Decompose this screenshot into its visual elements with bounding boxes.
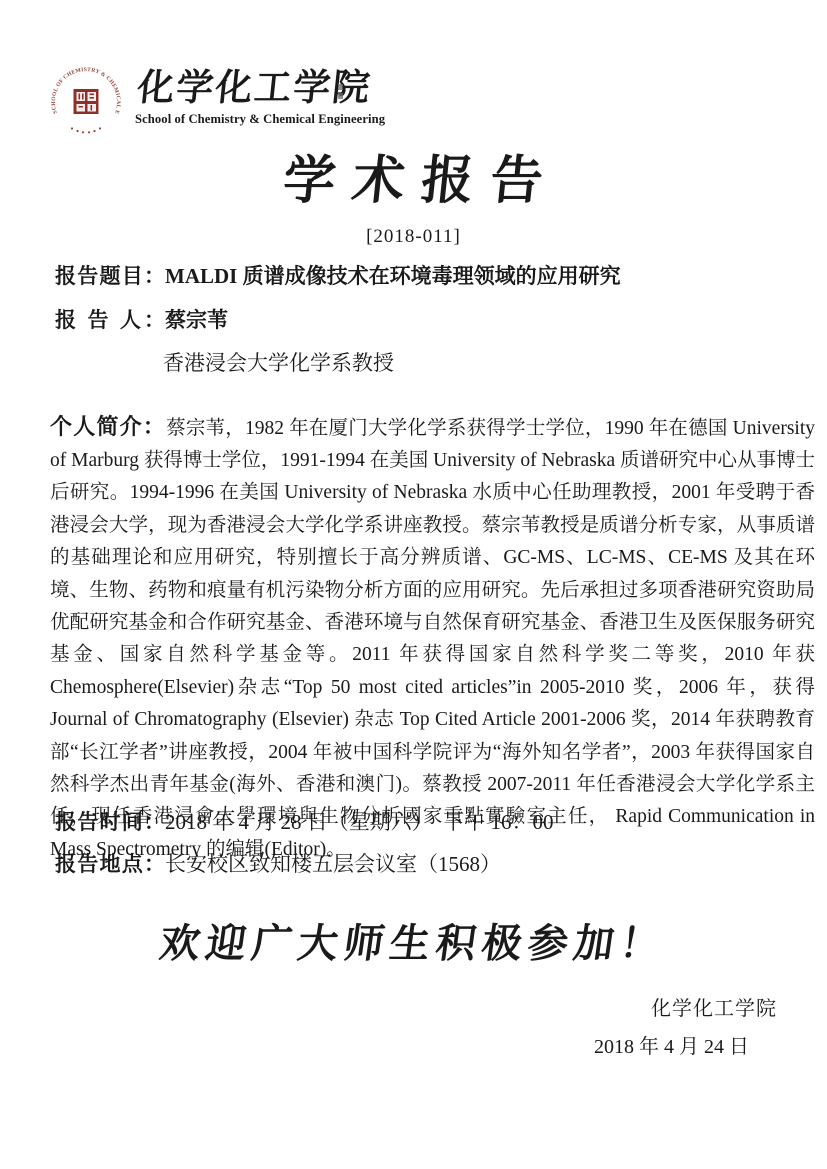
- time-line: 报告时间：2018 年 4 月 28 日（星期六） 下午 16：00: [55, 806, 554, 836]
- speaker-label: 报 告 人：: [55, 304, 165, 334]
- school-seal-icon: SCHOOL OF CHEMISTRY & CHEMICAL ENGINEERI…: [46, 62, 126, 146]
- venue-line: 报告地点：长安校区致知楼五层会议室（1568）: [55, 848, 501, 878]
- bio-text: 蔡宗苇，1982 年在厦门大学化学系获得学士学位，1990 年在德国 Unive…: [50, 418, 815, 860]
- welcome-message: 欢迎广大师生积极参加！: [0, 912, 827, 969]
- time-label: 报告时间：: [55, 806, 165, 836]
- signature-date: 2018 年 4 月 24 日: [594, 1030, 749, 1059]
- speaker-name: 蔡宗苇: [165, 308, 228, 332]
- time-value: 2018 年 4 月 28 日（星期六） 下午 16：00: [165, 810, 554, 834]
- venue-value: 长安校区致知楼五层会议室（1568）: [165, 852, 501, 876]
- school-name-cn: 化学化工学院: [135, 68, 390, 111]
- report-title-line: 报告题目：MALDI 质谱成像技术在环境毒理领域的应用研究: [55, 260, 621, 290]
- seal-bottom-marks: [71, 127, 101, 133]
- school-logo: SCHOOL OF CHEMISTRY & CHEMICAL ENGINEERI…: [46, 62, 385, 146]
- report-title-value: MALDI 质谱成像技术在环境毒理领域的应用研究: [165, 264, 621, 288]
- speaker-bio-paragraph: 个人简介：蔡宗苇，1982 年在厦门大学化学系获得学士学位，1990 年在德国 …: [50, 411, 815, 867]
- announcement-page: SCHOOL OF CHEMISTRY & CHEMICAL ENGINEERI…: [0, 0, 827, 1169]
- school-name-block: 化学化工学院 School of Chemistry & Chemical En…: [135, 62, 385, 127]
- page-title: 学术报告: [0, 138, 827, 213]
- school-name-en: School of Chemistry & Chemical Engineeri…: [135, 112, 385, 127]
- venue-label: 报告地点：: [55, 848, 165, 878]
- speaker-line: 报 告 人：蔡宗苇: [55, 304, 228, 334]
- signature-school: 化学化工学院: [651, 992, 777, 1021]
- report-title-label: 报告题目：: [55, 260, 165, 290]
- bio-label: 个人简介：: [50, 414, 166, 439]
- issue-number: [2018-011]: [0, 226, 827, 248]
- calligrapher-signature-mark: [338, 84, 344, 106]
- speaker-affiliation: 香港浸会大学化学系教授: [163, 347, 394, 377]
